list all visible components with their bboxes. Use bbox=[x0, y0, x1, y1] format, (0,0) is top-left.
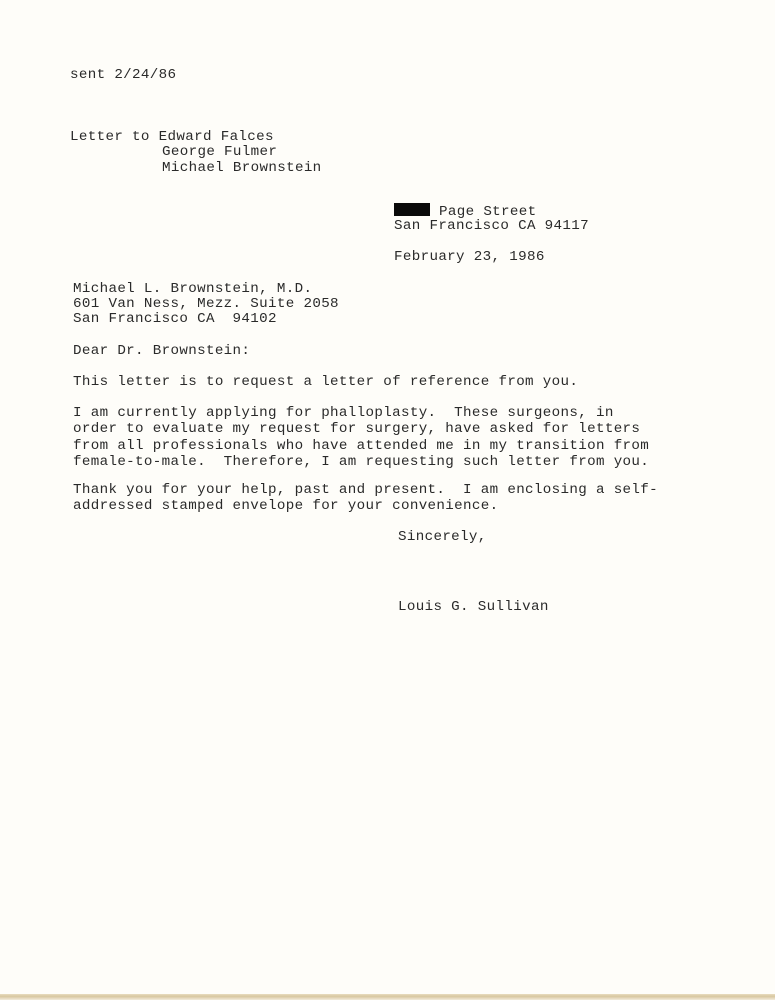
distribution-recipient: Michael Brownstein bbox=[162, 160, 322, 176]
recipient-city: San Francisco CA 94102 bbox=[73, 311, 277, 327]
salutation: Dear Dr. Brownstein: bbox=[73, 343, 250, 359]
closing: Sincerely, bbox=[398, 529, 487, 545]
distribution-label: Letter to bbox=[70, 129, 150, 145]
paper-edge bbox=[0, 994, 775, 1000]
distribution-label-line: Letter to Edward Falces bbox=[70, 129, 274, 145]
distribution-recipient: George Fulmer bbox=[162, 144, 277, 160]
sender-city: San Francisco CA 94117 bbox=[394, 218, 589, 234]
body-paragraph-3: Thank you for your help, past and presen… bbox=[73, 482, 658, 515]
body-paragraph-2: I am currently applying for phalloplasty… bbox=[73, 405, 649, 470]
distribution-recipient: Edward Falces bbox=[159, 129, 274, 145]
redaction-bar bbox=[394, 203, 430, 216]
sent-note: sent 2/24/86 bbox=[70, 67, 176, 83]
recipient-name: Michael L. Brownstein, M.D. bbox=[73, 281, 312, 297]
letter-date: February 23, 1986 bbox=[394, 249, 545, 265]
body-paragraph-1: This letter is to request a letter of re… bbox=[73, 374, 578, 390]
letter-page: sent 2/24/86 Letter to Edward Falces Geo… bbox=[0, 0, 775, 994]
signature-name: Louis G. Sullivan bbox=[398, 599, 549, 615]
recipient-street: 601 Van Ness, Mezz. Suite 2058 bbox=[73, 296, 339, 312]
